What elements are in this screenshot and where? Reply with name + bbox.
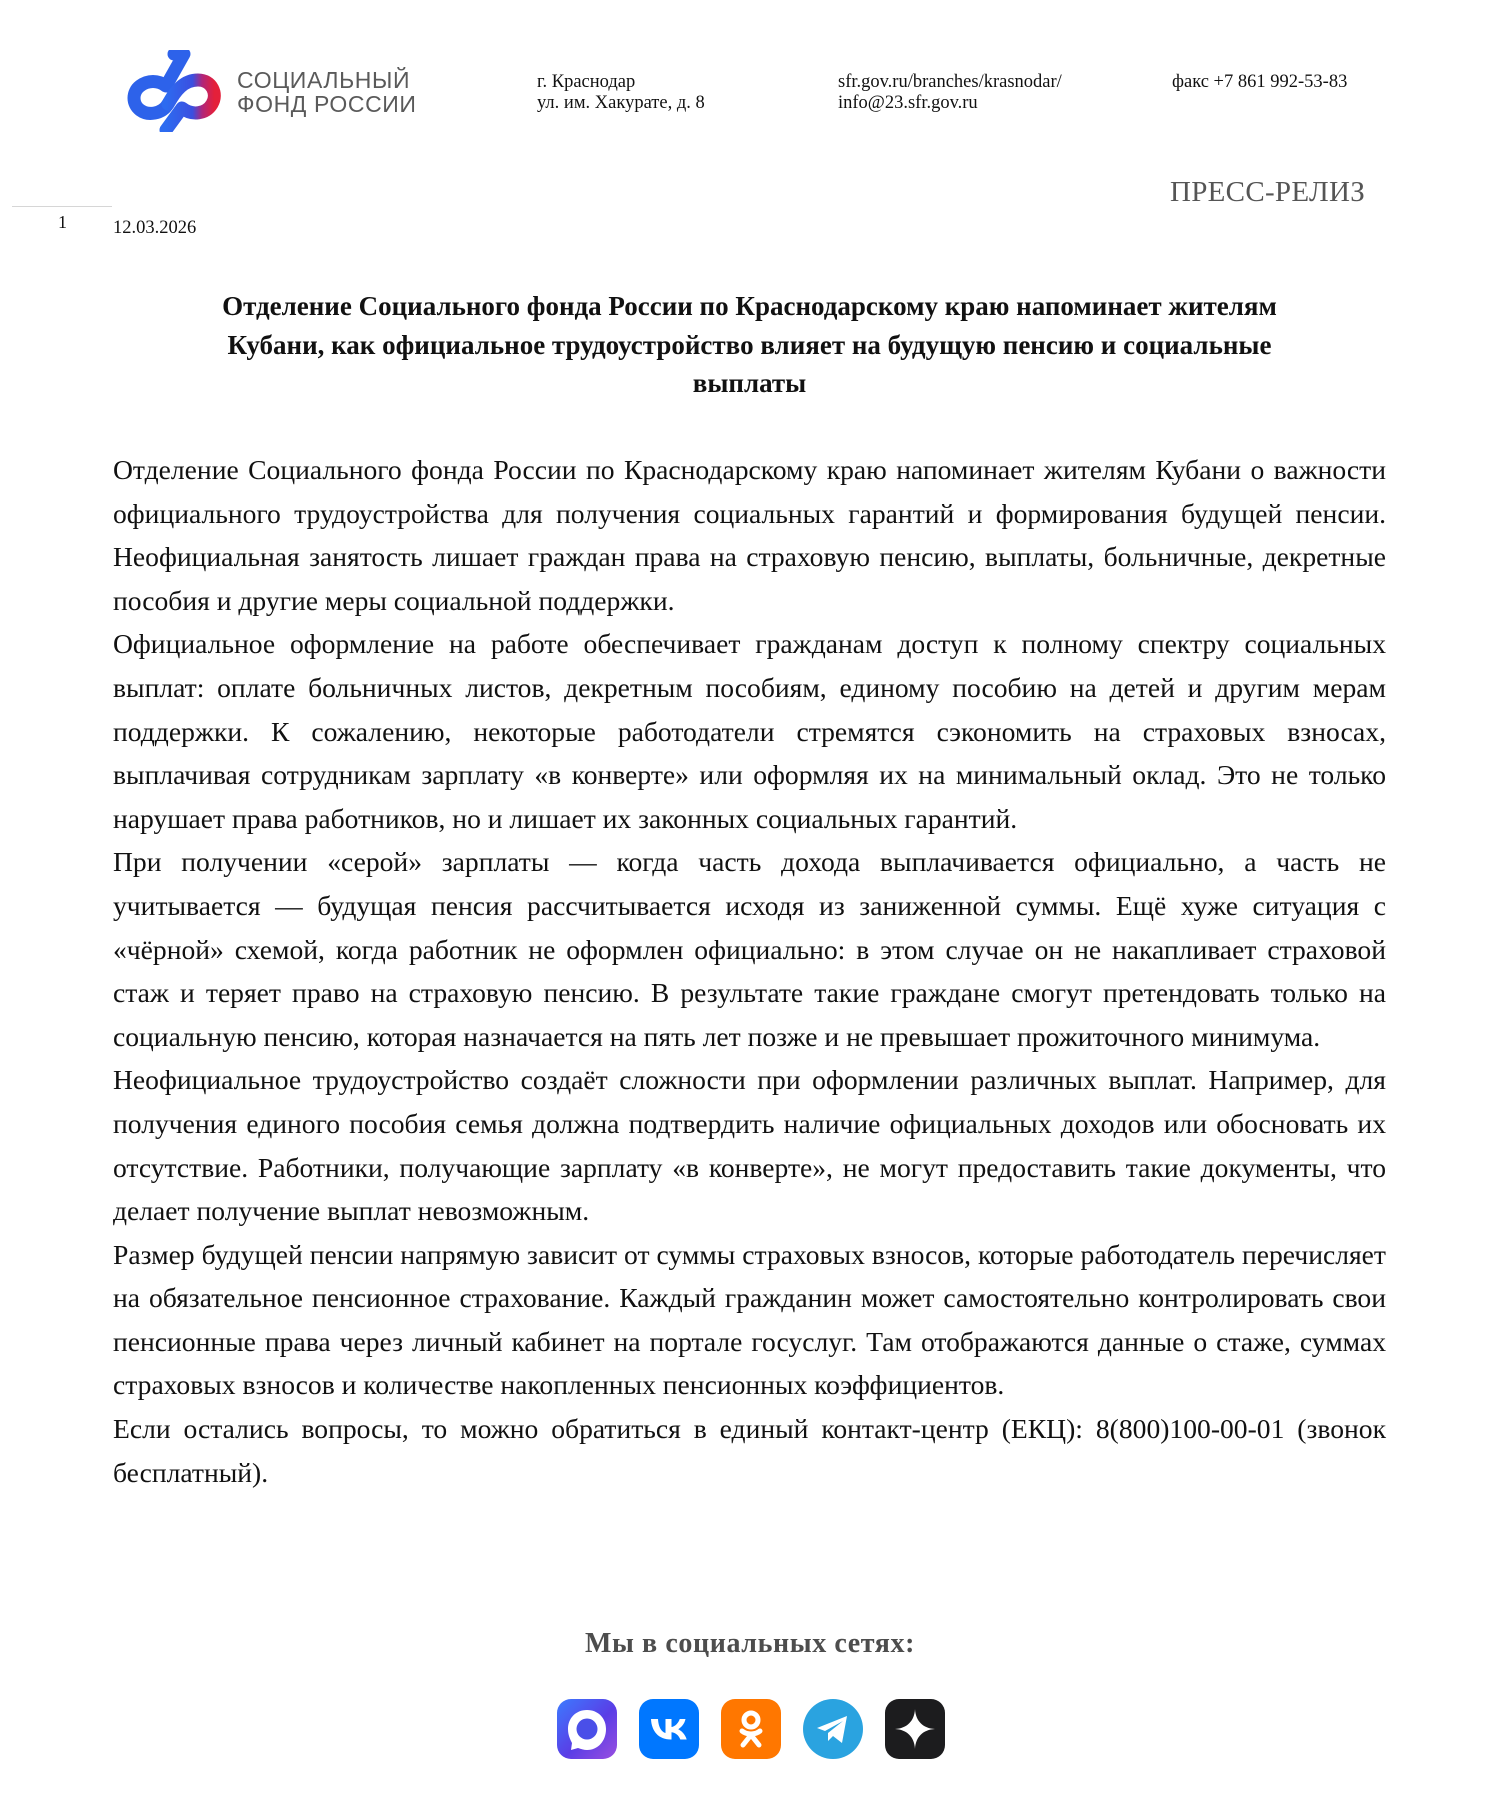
page-number: 1 (58, 212, 67, 233)
paragraph: Если остались вопросы, то можно обратить… (113, 1407, 1386, 1494)
vk-icon (639, 1699, 699, 1759)
max-messenger-link[interactable] (557, 1699, 617, 1759)
doc-type-label: ПРЕСС-РЕЛИЗ (1170, 176, 1365, 209)
max-messenger-icon (557, 1699, 617, 1759)
sfr-logo-text: СОЦИАЛЬНЫЙ ФОНД РОССИИ (237, 68, 417, 116)
title-line: Кубани, как официальное трудоустройство … (113, 326, 1386, 365)
telegram-icon (803, 1699, 863, 1759)
paragraph: Официальное оформление на работе обеспеч… (113, 622, 1386, 840)
email-link[interactable]: info@23.sfr.gov.ru (838, 93, 1062, 114)
odnoklassniki-icon (721, 1699, 781, 1759)
dzen-icon (885, 1699, 945, 1759)
header-address: г. Краснодар ул. им. Хакурате, д. 8 (537, 72, 705, 114)
release-date: 12.03.2026 (113, 218, 196, 239)
paragraph: При получении «серой» зарплаты — когда ч… (113, 840, 1386, 1058)
logo-line-2: ФОНД РОССИИ (237, 92, 417, 116)
address-city: г. Краснодар (537, 72, 705, 93)
header-fax: факс +7 861 992-53-83 (1172, 72, 1347, 93)
header-web: sfr.gov.ru/branches/krasnodar/ info@23.s… (838, 72, 1062, 114)
paragraph: Неофициальное трудоустройство создаёт сл… (113, 1058, 1386, 1232)
title-line: Отделение Социального фонда России по Кр… (113, 287, 1386, 326)
page-title: Отделение Социального фонда России по Кр… (113, 287, 1386, 403)
title-line: выплаты (113, 364, 1386, 403)
dzen-link[interactable] (885, 1699, 945, 1759)
paragraph: Отделение Социального фонда России по Кр… (113, 448, 1386, 622)
logo-line-1: СОЦИАЛЬНЫЙ (237, 68, 417, 92)
address-street: ул. им. Хакурате, д. 8 (537, 93, 705, 114)
website-link[interactable]: sfr.gov.ru/branches/krasnodar/ (838, 72, 1062, 93)
margin-divider (12, 206, 112, 207)
paragraph: Размер будущей пенсии напрямую зависит о… (113, 1233, 1386, 1407)
vk-link[interactable] (639, 1699, 699, 1759)
sfr-logo-mark (122, 50, 222, 132)
odnoklassniki-link[interactable] (721, 1699, 781, 1759)
social-heading: Мы в социальных сетях: (450, 1628, 1050, 1660)
sfr-logo-icon (122, 50, 222, 132)
article-body: Отделение Социального фонда России по Кр… (113, 448, 1386, 1494)
telegram-link[interactable] (803, 1699, 863, 1759)
social-links (557, 1699, 945, 1759)
